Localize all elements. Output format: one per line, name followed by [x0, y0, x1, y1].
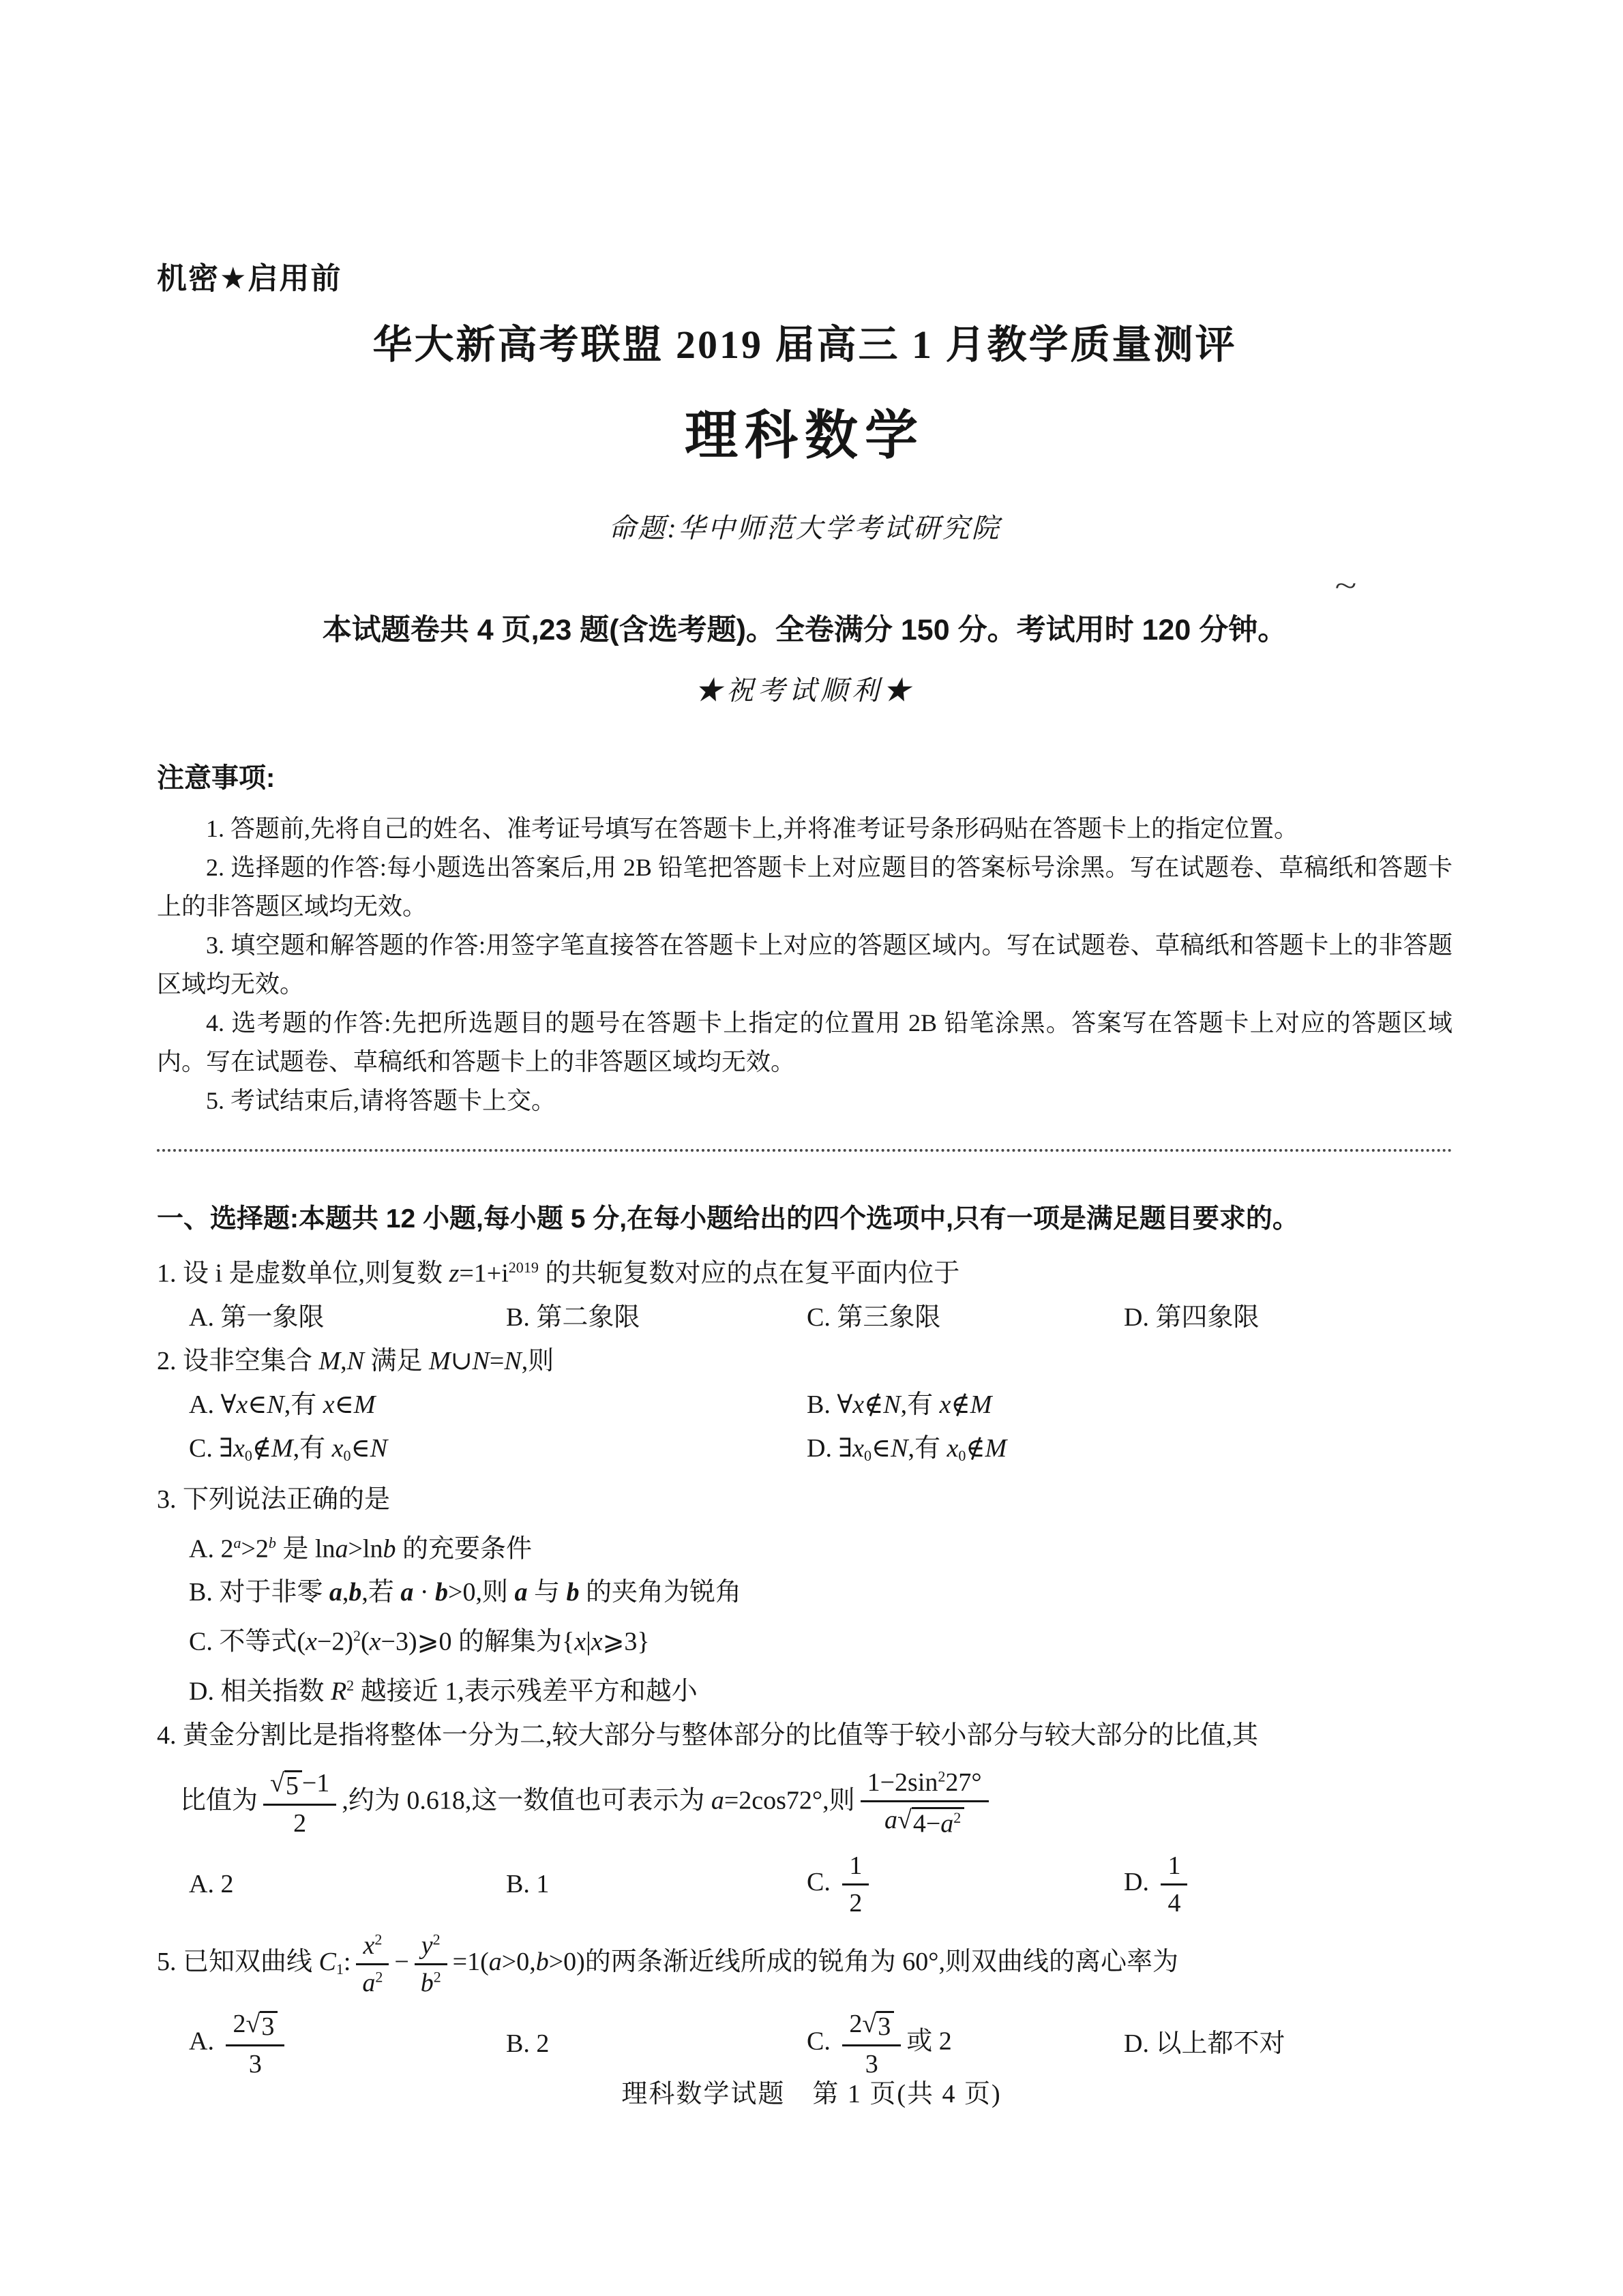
exam-page: 机密★启用前 华大新高考联盟 2019 届高三 1 月教学质量测评 理科数学 命…	[0, 0, 1623, 2296]
exam-title: 华大新高考联盟 2019 届高三 1 月教学质量测评	[157, 324, 1453, 366]
option-b: B. 第二象限	[506, 1296, 807, 1339]
question-4-text-line-2: 比值为√5−12,约为 0.618,这一数值也可表示为 a=2cos72°,则1…	[157, 1757, 1453, 1848]
option-a: A. 2a>2b 是 lna>lnb 的充要条件	[157, 1521, 1453, 1571]
wish-line: ★祝考试顺利★	[157, 674, 1453, 707]
option-b: B. 对于非零 a,b,若 a · b>0,则 a 与 b 的夹角为锐角	[157, 1570, 1453, 1614]
question-3-text: 3. 下列说法正确的是	[157, 1478, 1453, 1521]
notices-heading: 注意事项:	[157, 763, 1453, 793]
question-1-options: A. 第一象限 B. 第二象限 C. 第三象限 D. 第四象限	[157, 1296, 1453, 1339]
option-d: D. 相关指数 R2 越接近 1,表示残差平方和越小	[157, 1664, 1453, 1714]
dotted-separator	[157, 1149, 1453, 1152]
notice-item-5: 5. 考试结束后,请将答题卡上交。	[157, 1082, 1453, 1120]
option-d: D. 14	[1124, 1850, 1453, 1918]
section-one-heading: 一、选择题:本题共 12 小题,每小题 5 分,在每小题给出的四个选项中,只有一…	[157, 1204, 1453, 1235]
question-2: 2. 设非空集合 M,N 满足 M∪N=N,则 A. ∀x∈N,有 x∈M B.…	[157, 1339, 1453, 1478]
question-5-text: 5. 已知双曲线 C1:x2a2−y2b2=1(a>0,b>0)的两条渐近线所成…	[157, 1920, 1453, 2008]
page-footer: 理科数学试题 第 1 页(共 4 页)	[0, 2078, 1623, 2110]
classification-label: 机密★启用前	[157, 263, 1453, 295]
question-5: 5. 已知双曲线 C1:x2a2−y2b2=1(a>0,b>0)的两条渐近线所成…	[157, 1920, 1453, 2080]
question-1: 1. 设 i 是虚数单位,则复数 z=1+i2019 的共轭复数对应的点在复平面…	[157, 1246, 1453, 1339]
option-b: B. ∀x∉N,有 x∉M	[807, 1383, 1453, 1427]
notices-list: 1. 答题前,先将自己的姓名、准考证号填写在答题卡上,并将准考证号条形码贴在答题…	[157, 809, 1453, 1120]
question-4: 4. 黄金分割比是指将整体一分为二,较大部分与整体部分的比值等于较小部分与较大部…	[157, 1714, 1453, 1920]
option-a: A. ∀x∈N,有 x∈M	[189, 1383, 807, 1427]
question-1-text: 1. 设 i 是虚数单位,则复数 z=1+i2019 的共轭复数对应的点在复平面…	[157, 1246, 1453, 1296]
question-4-text-line-1: 4. 黄金分割比是指将整体一分为二,较大部分与整体部分的比值等于较小部分与较大部…	[157, 1714, 1453, 1757]
option-c: C. 2√33或 2	[807, 2008, 1124, 2078]
option-d: D. 第四象限	[1124, 1296, 1453, 1339]
proposer-line: 命题:华中师范大学考试研究院	[157, 512, 1453, 545]
scan-artifact-mark: ~	[1335, 570, 1356, 603]
option-c: C. 12	[807, 1850, 1124, 1918]
question-5-options: A. 2√33 B. 2 C. 2√33或 2 D. 以上都不对	[157, 2008, 1453, 2080]
option-b: B. 2	[506, 2022, 807, 2066]
question-2-options-row-1: A. ∀x∈N,有 x∈M B. ∀x∉N,有 x∉M	[157, 1383, 1453, 1427]
option-a: A. 2	[189, 1862, 506, 1906]
notice-item-1: 1. 答题前,先将自己的姓名、准考证号填写在答题卡上,并将准考证号条形码贴在答题…	[157, 809, 1453, 848]
notice-item-3: 3. 填空题和解答题的作答:用签字笔直接答在答题卡上对应的答题区域内。写在试题卷…	[157, 926, 1453, 1004]
question-3: 3. 下列说法正确的是 A. 2a>2b 是 lna>lnb 的充要条件 B. …	[157, 1478, 1453, 1714]
questions-block: 1. 设 i 是虚数单位,则复数 z=1+i2019 的共轭复数对应的点在复平面…	[157, 1246, 1453, 2080]
option-b: B. 1	[506, 1862, 807, 1906]
option-d: D. 以上都不对	[1124, 2022, 1453, 2066]
option-c: C. ∃x0∉M,有 x0∈N	[189, 1427, 807, 1478]
question-2-text: 2. 设非空集合 M,N 满足 M∪N=N,则	[157, 1339, 1453, 1383]
option-c: C. 第三象限	[807, 1296, 1124, 1339]
notice-item-4: 4. 选考题的作答:先把所选题目的题号在答题卡上指定的位置用 2B 铅笔涂黑。答…	[157, 1004, 1453, 1082]
question-4-options: A. 2 B. 1 C. 12 D. 14	[157, 1848, 1453, 1920]
question-2-options-row-2: C. ∃x0∉M,有 x0∈N D. ∃x0∈N,有 x0∉M	[157, 1427, 1453, 1478]
exam-info-line: 本试题卷共 4 页,23 题(含选考题)。全卷满分 150 分。考试用时 120…	[157, 613, 1453, 647]
notice-item-2: 2. 选择题的作答:每小题选出答案后,用 2B 铅笔把答题卡上对应题目的答案标号…	[157, 848, 1453, 926]
option-c: C. 不等式(x−2)2(x−3)⩾0 的解集为{x|x⩾3}	[157, 1614, 1453, 1664]
option-d: D. ∃x0∈N,有 x0∉M	[807, 1427, 1453, 1478]
subject-title: 理科数学	[157, 408, 1453, 463]
option-a: A. 2√33	[189, 2008, 506, 2078]
option-a: A. 第一象限	[189, 1296, 506, 1339]
